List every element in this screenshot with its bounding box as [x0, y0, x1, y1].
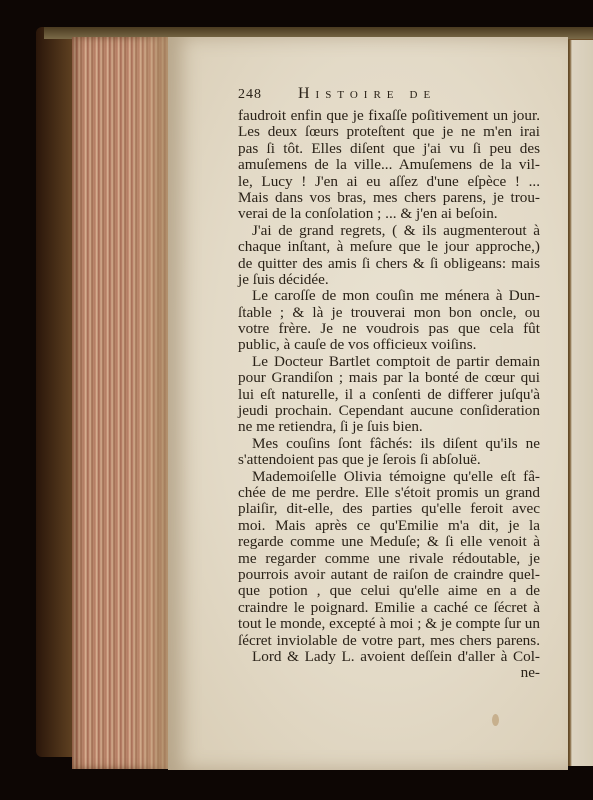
page-number: 248 — [238, 87, 298, 103]
text-line: chée de me perdre. Elle s'étoit promis u… — [238, 485, 540, 501]
text-line: Les deux ſœurs proteſtent que je ne m'en… — [238, 124, 540, 140]
body-text: faudroit enfin que je fixaſſe poſitiveme… — [238, 108, 540, 665]
text-line: craindre le poignard. Emilie a caché ce … — [238, 600, 540, 616]
text-line: tout le monde, excepté à moi ; & je comp… — [238, 616, 540, 632]
text-line: s'attendoient pas que je ſerois ſi abſol… — [238, 452, 540, 468]
text-line: jeudi prochain. Cependant aucune conſide… — [238, 403, 540, 419]
text-line: votre frère. Je ne voudrois pas que cela… — [238, 321, 540, 337]
text-line: verai de la conſolation ; ... & j'en ai … — [238, 206, 540, 222]
text-line: plaiſir, dit-elle, des parties qu'elle f… — [238, 501, 540, 517]
book-scan: 248 Histoire de faudroit enfin que je fi… — [0, 0, 593, 800]
catchword: ne- — [238, 665, 540, 681]
text-line: ſtable ; & là je trouverai mon bon oncle… — [238, 305, 540, 321]
text-line: public, à cauſe de vos officieux voiſins… — [238, 337, 540, 353]
text-line: lui eſt naturelle, il a conſenti de diff… — [238, 387, 540, 403]
page-edges-stack — [72, 37, 168, 769]
text-line: faudroit enfin que je fixaſſe poſitiveme… — [238, 108, 540, 124]
text-line: Le Docteur Bartlet comptoit de partir de… — [238, 354, 540, 370]
text-line: que potion , que celui qu'elle aime en a… — [238, 583, 540, 599]
text-line: de quitter des amis ſi chers & ſi oblige… — [238, 256, 540, 272]
running-head: 248 Histoire de — [238, 86, 540, 108]
text-line: Lord & Lady L. avoient deſſein d'aller à… — [238, 649, 540, 665]
text-line: Le caroſſe de mon couſin me ménera à Dun… — [238, 288, 540, 304]
page-text-block: 248 Histoire de faudroit enfin que je fi… — [238, 86, 540, 682]
text-line: pas ſi tôt. Elles diſent que j'ai vu ſi … — [238, 141, 540, 157]
running-head-title: Histoire de — [298, 86, 436, 102]
facing-page-edge — [568, 40, 593, 766]
text-line: le, Lucy ! J'en ai eu aſſez d'une eſpèce… — [238, 174, 540, 190]
text-line: regarde comme une Meduſe; & ſi elle veno… — [238, 534, 540, 550]
text-line: amuſemens de la ville... Amuſemens de la… — [238, 157, 540, 173]
text-line: Mes couſins ſont fâchés: ils diſent qu'i… — [238, 436, 540, 452]
text-line: moi. Mais après ce qu'Emilie m'a dit, je… — [238, 518, 540, 534]
paper-stain — [492, 714, 499, 726]
text-line: J'ai de grand regrets, ( & ils augmenter… — [238, 223, 540, 239]
text-line: me regarder comme une rivale rédoutable,… — [238, 551, 540, 567]
text-line: pourrois avoir autant de raiſon de crain… — [238, 567, 540, 583]
text-line: ſécret inviolable de votre part, mes che… — [238, 633, 540, 649]
text-line: pour Grandiſon ; mais par la bonté de cœ… — [238, 370, 540, 386]
text-line: je ſuis décidée. — [238, 272, 540, 288]
text-line: Mais dans vos bras, mes chers parens, je… — [238, 190, 540, 206]
text-line: Mademoiſelle Olivia témoigne qu'elle eſt… — [238, 469, 540, 485]
text-line: chaque inſtant, à meſure que le jour app… — [238, 239, 540, 255]
text-line: ne me retiendra, ſi je ſuis bien. — [238, 419, 540, 435]
